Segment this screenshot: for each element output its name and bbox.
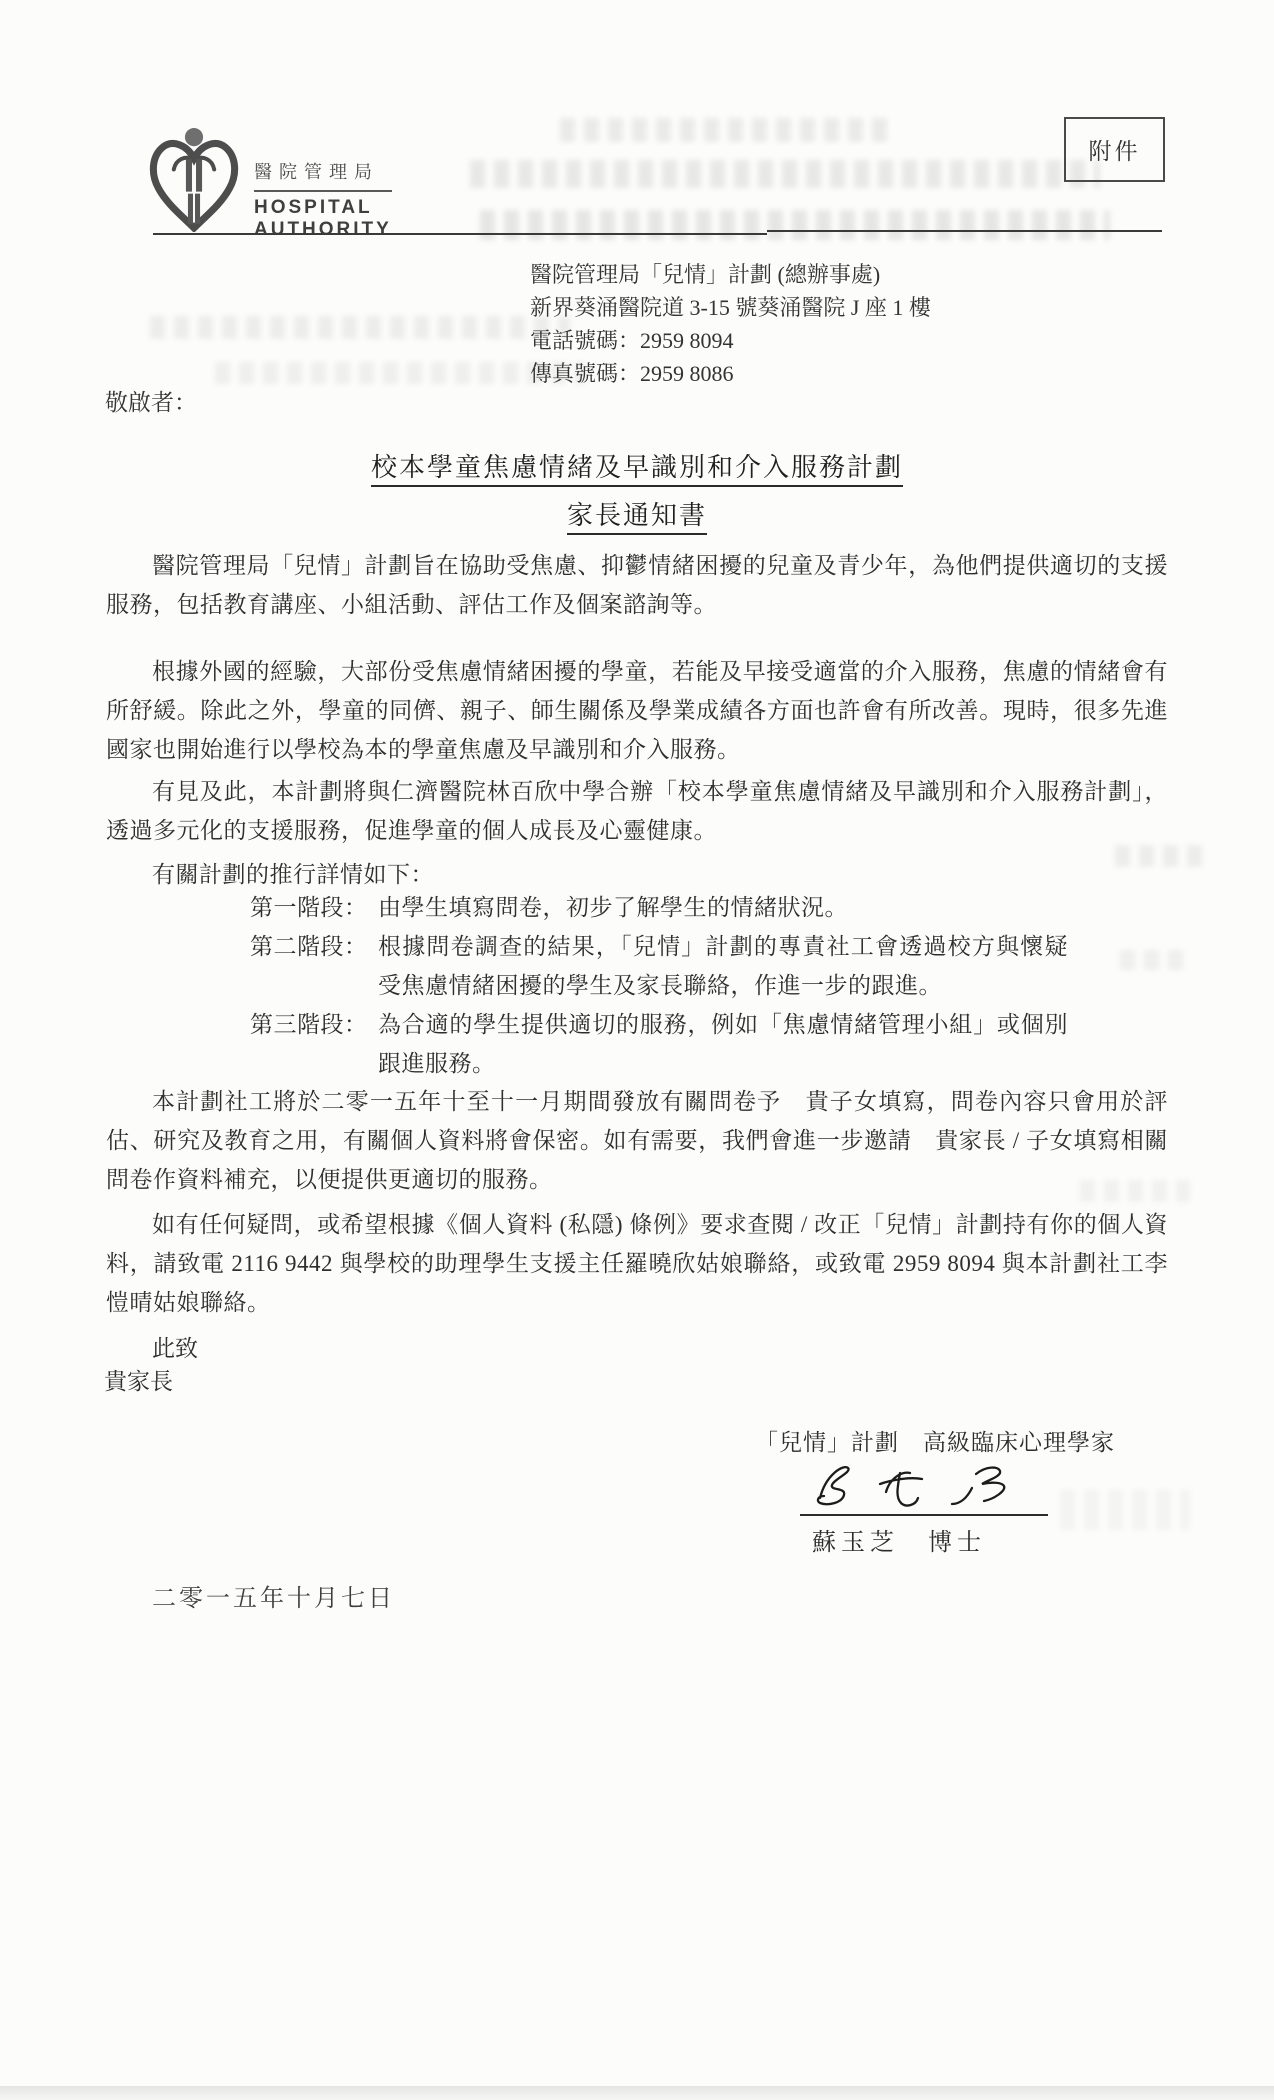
scan-bleed-artifact — [480, 210, 1110, 240]
letter-title-line1: 校本學童焦慮情緒及早識別和介入服務計劃 — [371, 453, 903, 487]
handwritten-signature — [790, 1452, 1070, 1514]
sender-org-line: 醫院管理局「兒情」計劃 (總辦事處) — [530, 258, 931, 291]
sender-phone-line: 電話號碼：2959 8094 — [530, 324, 931, 357]
stage-item-2: 第二階段： 根據問卷調查的結果，「兒情」計劃的專責社工會透過校方與懷疑受焦慮情緒… — [250, 927, 1080, 1005]
signer-name: 蘇玉芝 博士 — [812, 1522, 986, 1557]
sender-address-block: 醫院管理局「兒情」計劃 (總辦事處) 新界葵涌醫院道 3-15 號葵涌醫院 J … — [530, 258, 931, 390]
scan-bleed-artifact — [560, 118, 890, 142]
letter-date: 二零一五年十月七日 — [152, 1578, 395, 1613]
stage-3-label: 第三階段： — [250, 1005, 378, 1083]
scan-bleed-artifact — [1120, 950, 1190, 970]
salutation: 敬啟者： — [105, 384, 197, 417]
header-divider-left — [153, 233, 767, 235]
hospital-authority-heart-icon — [148, 126, 240, 232]
body-paragraph-4: 本計劃社工將於二零一五年十至十一月期間發放有關問卷予 貴子女填寫，問卷內容只會用… — [106, 1082, 1168, 1199]
sender-address-line: 新界葵涌醫院道 3-15 號葵涌醫院 J 座 1 樓 — [530, 291, 931, 324]
stage-1-label: 第一階段： — [250, 888, 378, 927]
header-divider-right — [767, 230, 1162, 232]
stage-2-text: 根據問卷調查的結果，「兒情」計劃的專責社工會透過校方與懷疑受焦慮情緒困擾的學生及… — [378, 927, 1068, 1005]
body-paragraph-1: 醫院管理局「兒情」計劃旨在協助受焦慮、抑鬱情緒困擾的兒童及青少年，為他們提供適切… — [106, 546, 1168, 624]
closing-recipient: 貴家長 — [104, 1363, 173, 1396]
scan-edge-shadow — [0, 2086, 1274, 2100]
body-paragraph-3: 有見及此，本計劃將與仁濟醫院林百欣中學合辦「校本學童焦慮情緒及早識別和介入服務計… — [106, 772, 1168, 850]
logo-org-name-en-line2: AUTHORITY — [254, 219, 392, 241]
logo-org-name-zh: 醫院管理局 — [254, 158, 392, 192]
body-paragraph-5: 如有任何疑問，或希望根據《個人資料 (私隱) 條例》要求查閱 / 改正「兒情」計… — [106, 1205, 1168, 1322]
closing-salute: 此致 — [152, 1330, 198, 1363]
stage-3-text: 為合適的學生提供適切的服務，例如「焦慮情緒管理小組」或個別跟進服務。 — [378, 1005, 1068, 1083]
scan-bleed-artifact — [150, 316, 570, 339]
scan-bleed-artifact — [470, 160, 1100, 188]
letter-title-line2: 家長通知書 — [567, 501, 707, 535]
letter-title: 校本學童焦慮情緒及早識別和介入服務計劃 家長通知書 — [0, 447, 1274, 532]
scan-bleed-artifact — [1060, 1490, 1190, 1530]
logo-wordmark: 醫院管理局 HOSPITAL AUTHORITY — [254, 158, 392, 241]
stage-1-text: 由學生填寫問卷，初步了解學生的情緒狀況。 — [378, 888, 1068, 927]
stage-2-label: 第二階段： — [250, 927, 378, 1005]
scanned-letter-page: 醫院管理局 HOSPITAL AUTHORITY 附件 醫院管理局「兒情」計劃 … — [0, 0, 1274, 2100]
logo-org-name-en-line1: HOSPITAL — [254, 197, 392, 219]
signature-line — [800, 1514, 1048, 1516]
body-paragraph-2: 根據外國的經驗，大部份受焦慮情緒困擾的學童，若能及早接受適當的介入服務，焦慮的情… — [106, 652, 1168, 769]
attachment-label: 附件 — [1089, 133, 1141, 166]
stage-list: 第一階段： 由學生填寫問卷，初步了解學生的情緒狀況。 第二階段： 根據問卷調查的… — [250, 888, 1080, 1083]
stage-item-3: 第三階段： 為合適的學生提供適切的服務，例如「焦慮情緒管理小組」或個別跟進服務。 — [250, 1005, 1080, 1083]
stage-item-1: 第一階段： 由學生填寫問卷，初步了解學生的情緒狀況。 — [250, 888, 1080, 927]
sender-fax-line: 傳真號碼：2959 8086 — [530, 357, 931, 390]
attachment-stamp-box: 附件 — [1064, 117, 1165, 182]
hospital-authority-logo: 醫院管理局 HOSPITAL AUTHORITY — [148, 126, 392, 241]
